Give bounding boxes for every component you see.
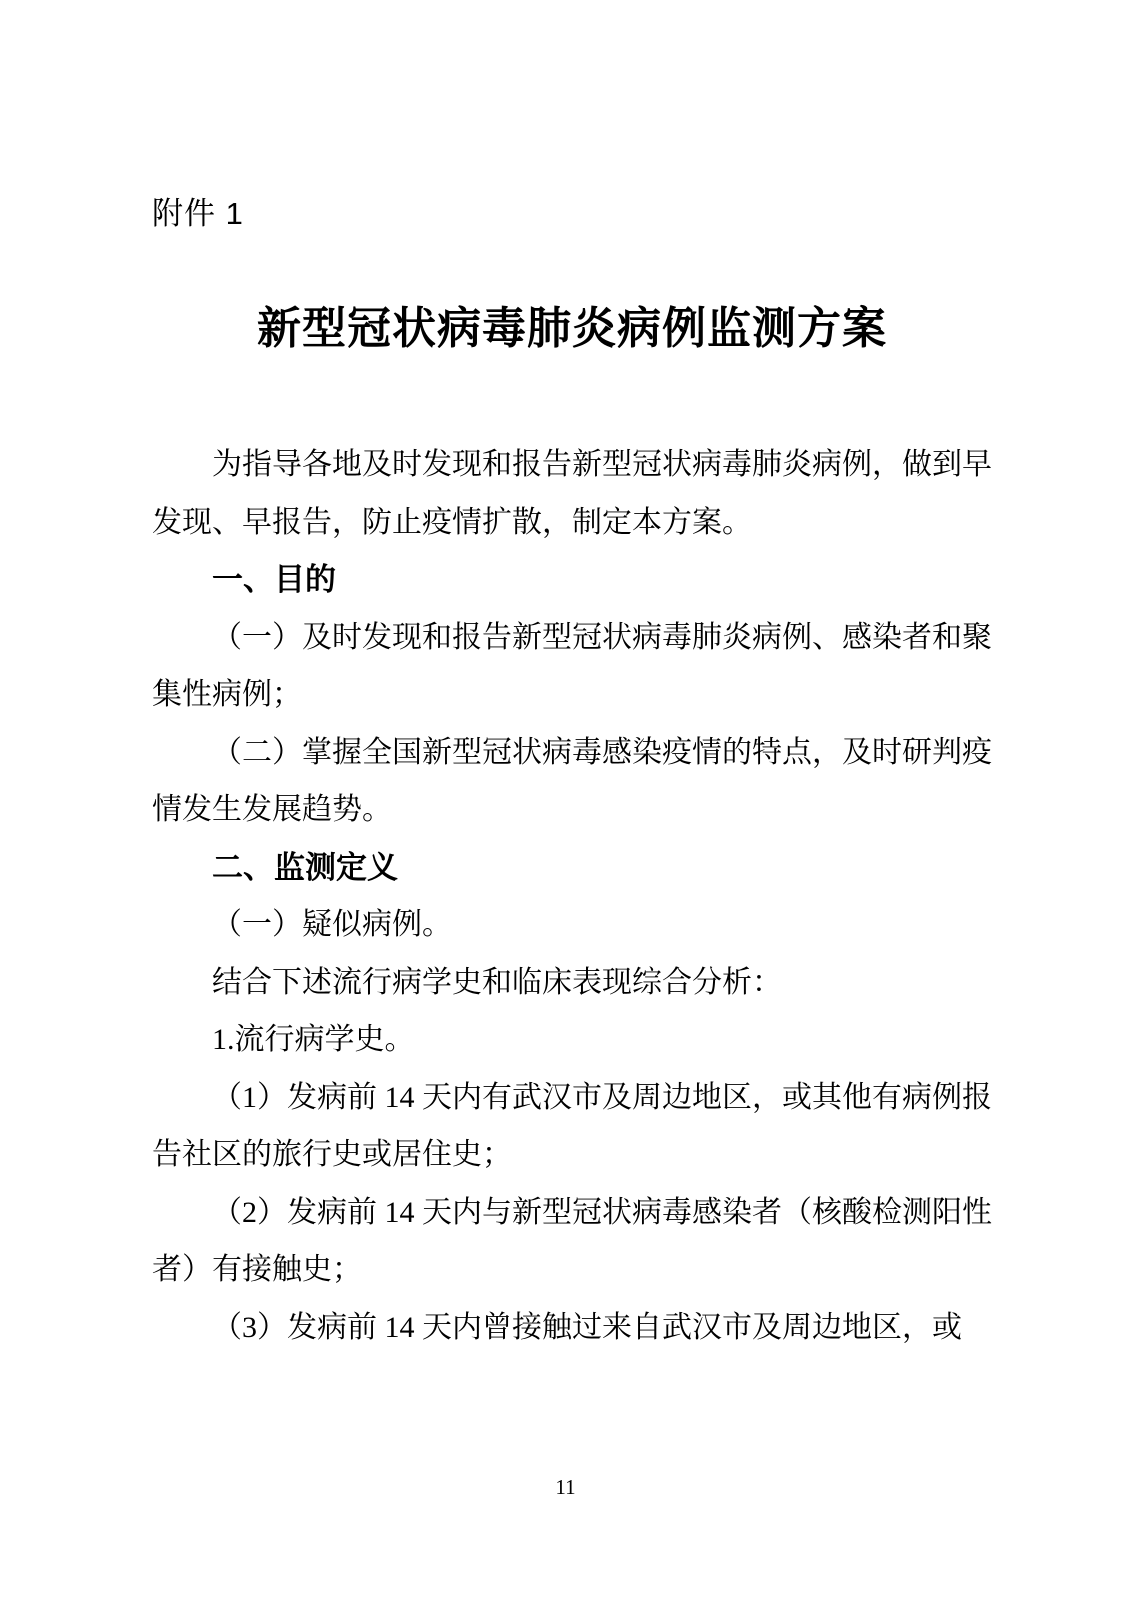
document-content: 附件 1 新型冠状病毒肺炎病例监测方案 为指导各地及时发现和报告新型冠状病毒肺炎…: [152, 192, 992, 1356]
paragraph-history-item-1: （1）发病前 14 天内有武汉市及周边地区，或其他有病例报告社区的旅行史或居住史…: [152, 1069, 992, 1184]
paragraph-purpose-item-2: （二）掌握全国新型冠状病毒感染疫情的特点，及时研判疫情发生发展趋势。: [152, 724, 992, 839]
paragraph-intro: 为指导各地及时发现和报告新型冠状病毒肺炎病例，做到早发现、早报告，防止疫情扩散，…: [152, 436, 992, 551]
document-page: 附件 1 新型冠状病毒肺炎病例监测方案 为指导各地及时发现和报告新型冠状病毒肺炎…: [0, 0, 1131, 1600]
section-heading-surveillance-definition: 二、监测定义: [152, 839, 992, 897]
paragraph-history-item-2: （2）发病前 14 天内与新型冠状病毒感染者（核酸检测阳性者）有接触史；: [152, 1184, 992, 1299]
paragraph-suspected-case: （一）疑似病例。: [152, 896, 992, 954]
paragraph-analysis-note: 结合下述流行病学史和临床表现综合分析：: [152, 954, 992, 1012]
paragraph-history-item-3: （3）发病前 14 天内曾接触过来自武汉市及周边地区，或: [152, 1299, 992, 1357]
section-heading-purpose: 一、目的: [152, 551, 992, 609]
paragraph-epidemiological-history: 1.流行病学史。: [152, 1011, 992, 1069]
document-body: 为指导各地及时发现和报告新型冠状病毒肺炎病例，做到早发现、早报告，防止疫情扩散，…: [152, 436, 992, 1356]
document-title: 新型冠状病毒肺炎病例监测方案: [152, 302, 992, 356]
page-number: 11: [0, 1474, 1131, 1500]
attachment-label: 附件 1: [152, 192, 992, 236]
paragraph-purpose-item-1: （一）及时发现和报告新型冠状病毒肺炎病例、感染者和聚集性病例；: [152, 609, 992, 724]
